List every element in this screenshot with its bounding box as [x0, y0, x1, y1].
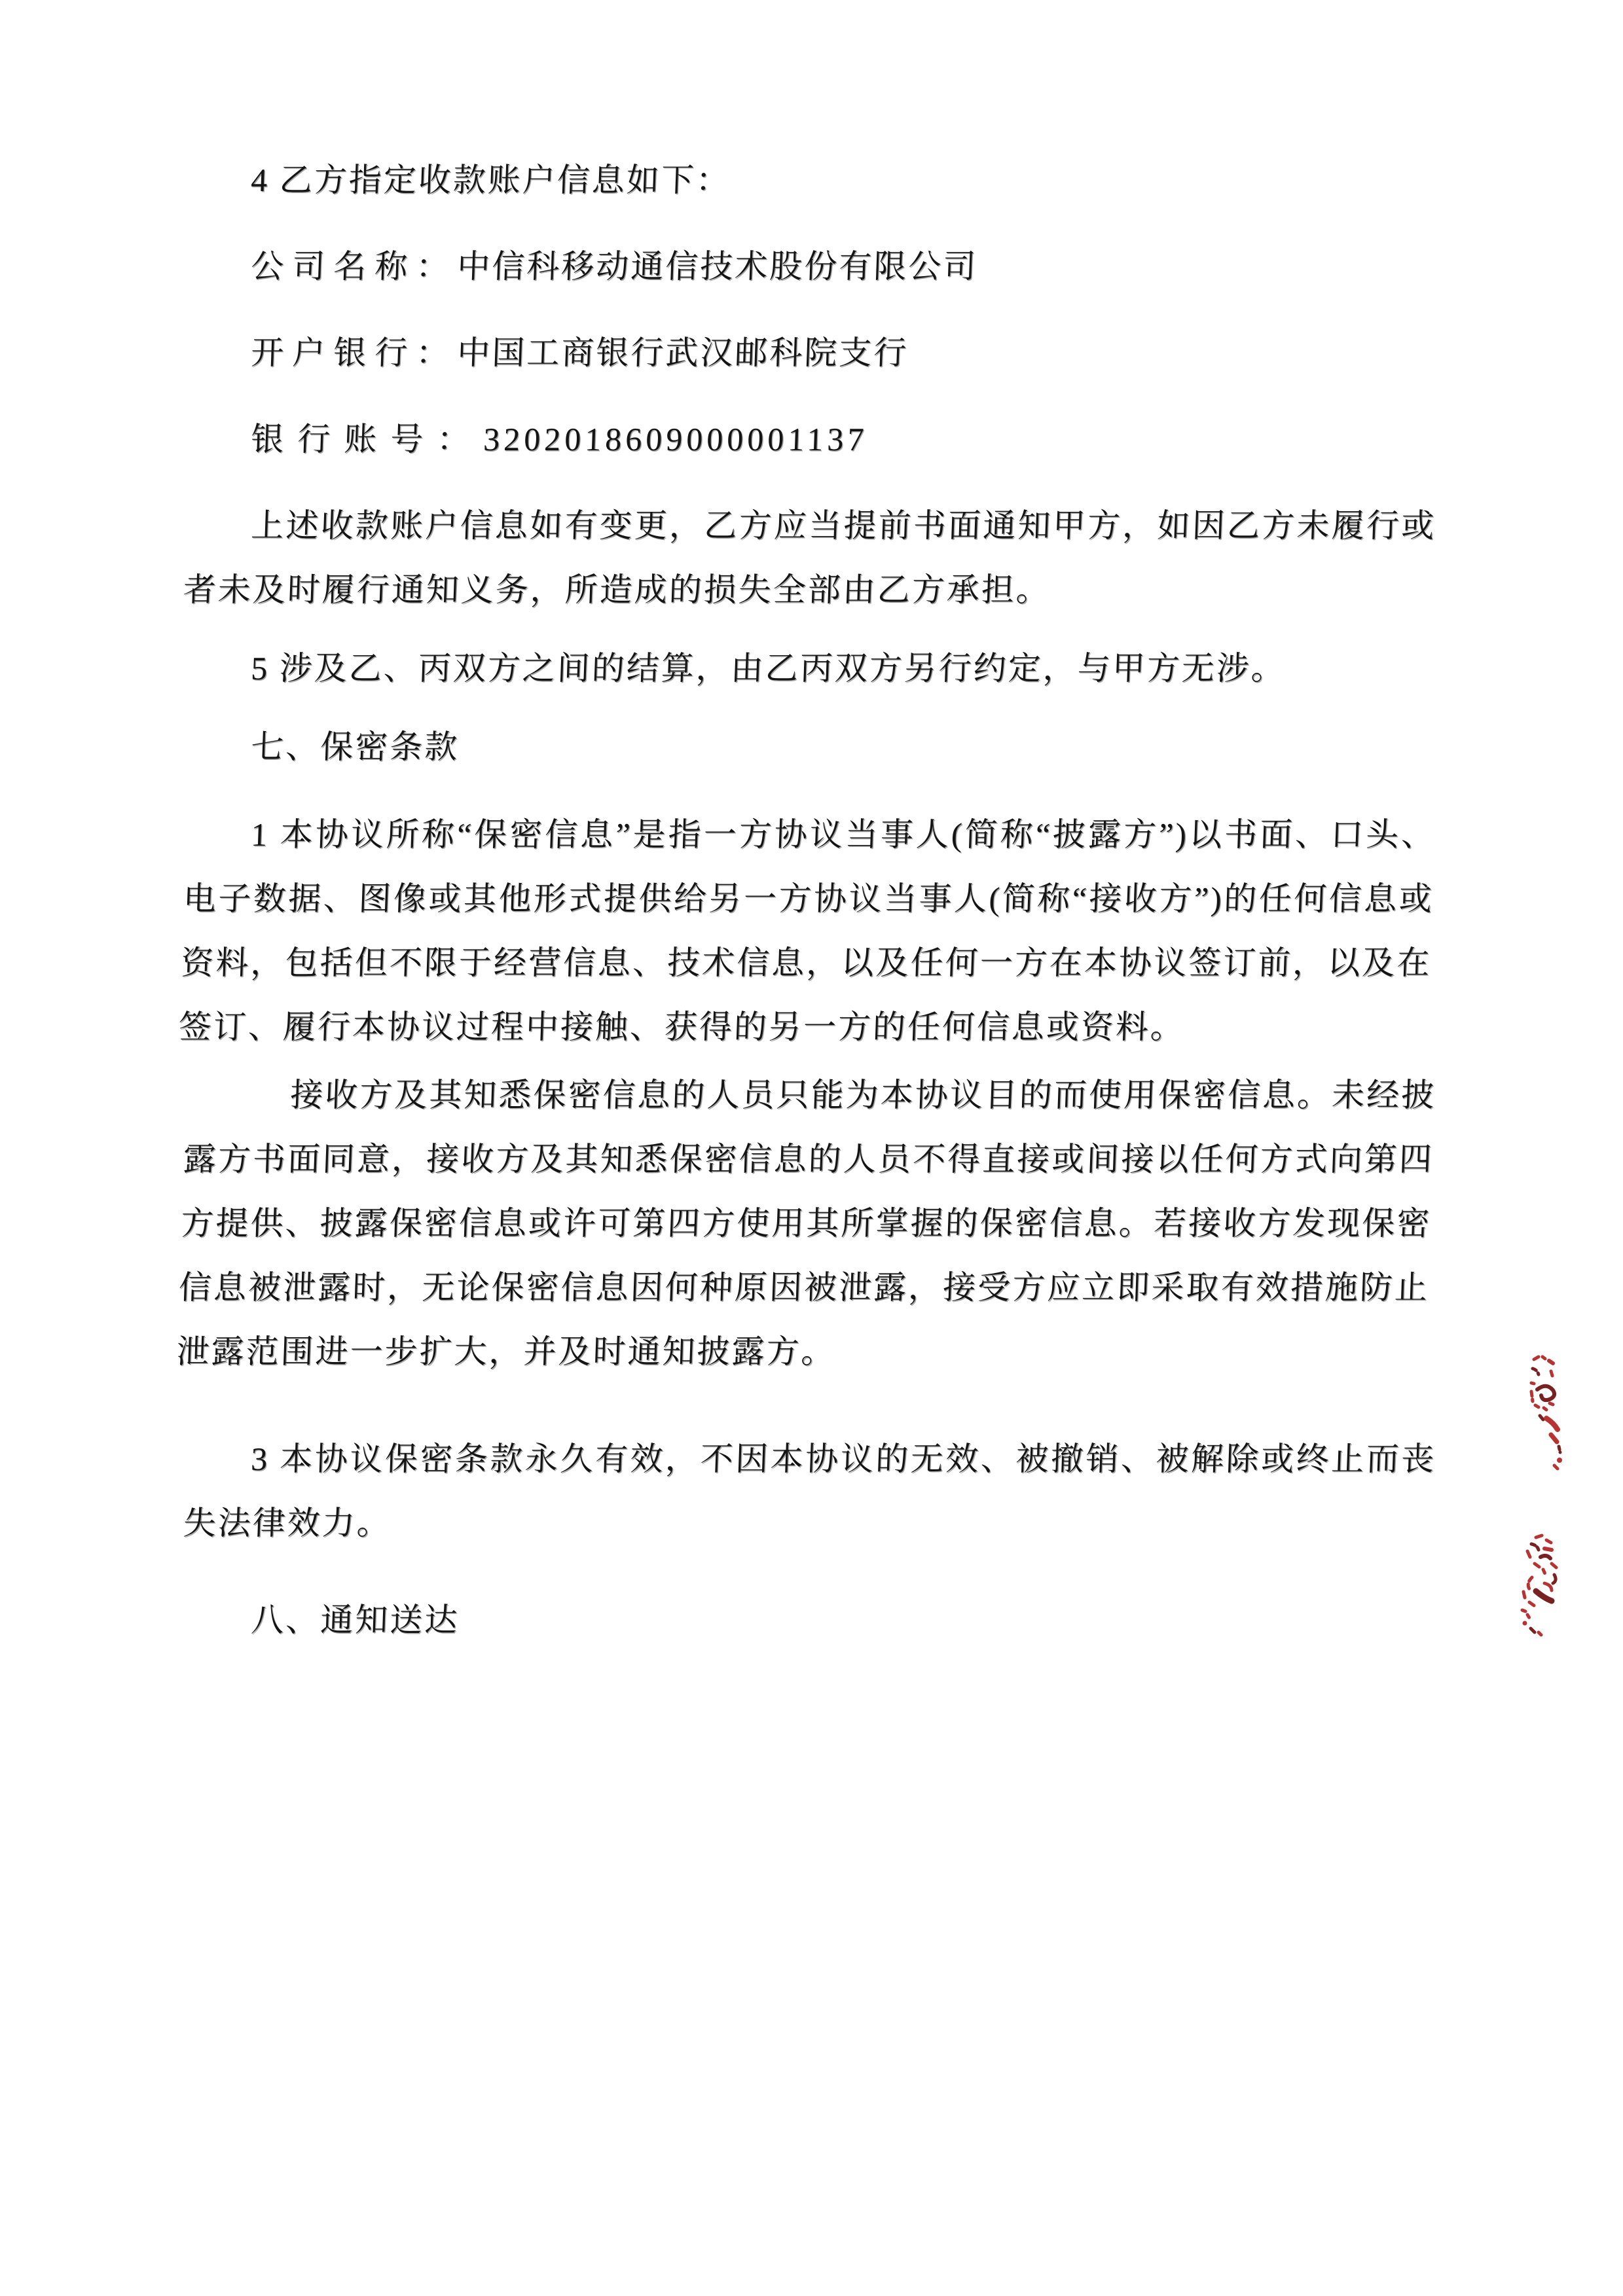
clause-5: 5 涉及乙、丙双方之间的结算，由乙丙双方另行约定，与甲方无涉。 — [185, 636, 1437, 700]
bank-name-line: 开户银行：中国工商银行武汉邮科院支行 — [185, 321, 1437, 385]
confidentiality-validity: 3 本协议保密条款永久有效，不因本协议的无效、被撤销、被解除或终止而丧失法律效力… — [182, 1427, 1437, 1555]
red-seal-fragment-lower-icon — [1519, 1533, 1563, 1639]
confidentiality-usage: 接收方及其知悉保密信息的人员只能为本协议目的而使用保密信息。未经披露方书面同意，… — [175, 1063, 1437, 1384]
company-name-line: 公司名称：中信科移动通信技术股份有限公司 — [185, 234, 1437, 298]
bank-name-label: 开户银行： — [250, 334, 458, 371]
company-name-value: 中信科移动通信技术股份有限公司 — [456, 248, 978, 285]
section-8-heading: 八、通知送达 — [185, 1588, 1437, 1652]
bank-account-line: 银行账号：3202018609000001137 — [185, 407, 1437, 471]
contract-scan-page: 4 乙方指定收款账户信息如下： 公司名称：中信科移动通信技术股份有限公司 开户银… — [0, 0, 1623, 2296]
confidentiality-definition: 1 本协议所称“保密信息”是指一方协议当事人(简称“披露方”)以书面、口头、电子… — [177, 802, 1437, 1059]
bank-name-value: 中国工商银行武汉邮科院支行 — [456, 334, 909, 371]
clause-4-intro: 4 乙方指定收款账户信息如下： — [185, 148, 1437, 212]
company-name-label: 公司名称： — [250, 248, 458, 285]
account-change-notice: 上述收款账户信息如有变更，乙方应当提前书面通知甲方，如因乙方未履行或者未及时履行… — [182, 493, 1437, 622]
bank-account-number: 3202018609000001137 — [483, 421, 868, 457]
section-7-heading: 七、保密条款 — [185, 715, 1437, 779]
contract-body: 4 乙方指定收款账户信息如下： 公司名称：中信科移动通信技术股份有限公司 开户银… — [187, 148, 1437, 1652]
red-seal-fragment-upper-icon — [1529, 1354, 1563, 1471]
bank-account-label: 银行账号： — [250, 421, 484, 457]
